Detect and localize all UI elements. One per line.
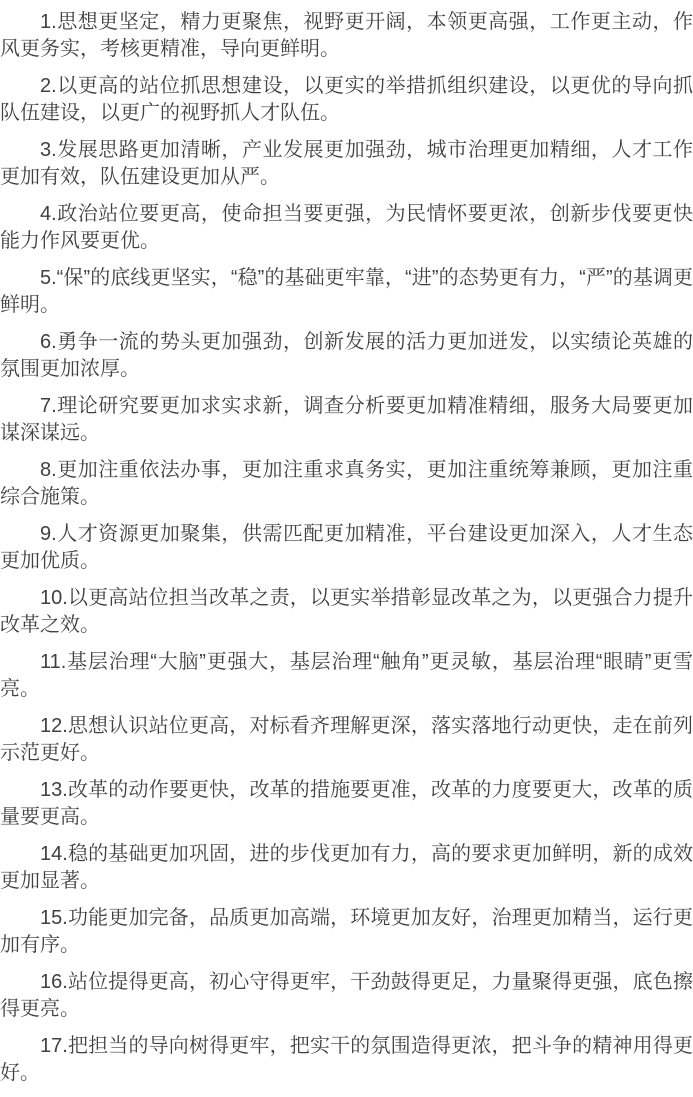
paragraph-14: 14.稳的基础更加巩固，进的步伐更加有力，高的要求更加鲜明，新的成效更加显著。 — [0, 841, 693, 895]
paragraph-15: 15.功能更加完备，品质更加高端，环境更加友好，治理更加精当，运行更加有序。 — [0, 905, 693, 959]
paragraph-3: 3.发展思路更加清晰，产业发展更加强劲，城市治理更加精细，人才工作更加有效，队伍… — [0, 137, 693, 191]
document-body: 1.思想更坚定，精力更聚焦，视野更开阔，本领更高强，工作更主动，作风更务实，考核… — [0, 0, 693, 1093]
paragraph-7: 7.理论研究要更加求实求新，调查分析要更加精准精细，服务大局要更加谋深谋远。 — [0, 393, 693, 447]
paragraph-17: 17.把担当的导向树得更牢，把实干的氛围造得更浓，把斗争的精神用得更好。 — [0, 1033, 693, 1087]
paragraph-2: 2.以更高的站位抓思想建设，以更实的举措抓组织建设，以更优的导向抓队伍建设，以更… — [0, 73, 693, 127]
paragraph-13: 13.改革的动作要更快，改革的措施要更准，改革的力度要更大，改革的质量要更高。 — [0, 777, 693, 831]
paragraph-12: 12.思想认识站位更高，对标看齐理解更深，落实落地行动更快，走在前列示范更好。 — [0, 713, 693, 767]
paragraph-4: 4.政治站位要更高，使命担当要更强，为民情怀要更浓，创新步伐要更快能力作风要更优… — [0, 201, 693, 255]
paragraph-10: 10.以更高站位担当改革之责，以更实举措彰显改革之为，以更强合力提升改革之效。 — [0, 585, 693, 639]
paragraph-8: 8.更加注重依法办事，更加注重求真务实，更加注重统筹兼顾，更加注重综合施策。 — [0, 457, 693, 511]
paragraph-16: 16.站位提得更高，初心守得更牢，干劲鼓得更足，力量聚得更强，底色擦得更亮。 — [0, 969, 693, 1023]
paragraph-1: 1.思想更坚定，精力更聚焦，视野更开阔，本领更高强，工作更主动，作风更务实，考核… — [0, 9, 693, 63]
paragraph-6: 6.勇争一流的势头更加强劲，创新发展的活力更加迸发，以实绩论英雄的氛围更加浓厚。 — [0, 329, 693, 383]
paragraph-9: 9.人才资源更加聚集，供需匹配更加精准，平台建设更加深入，人才生态更加优质。 — [0, 521, 693, 575]
paragraph-11: 11.基层治理“大脑”更强大，基层治理“触角”更灵敏，基层治理“眼睛”更雪亮。 — [0, 649, 693, 703]
paragraph-5: 5.“保”的底线更坚实，“稳”的基础更牢靠，“进”的态势更有力，“严”的基调更鲜… — [0, 265, 693, 319]
